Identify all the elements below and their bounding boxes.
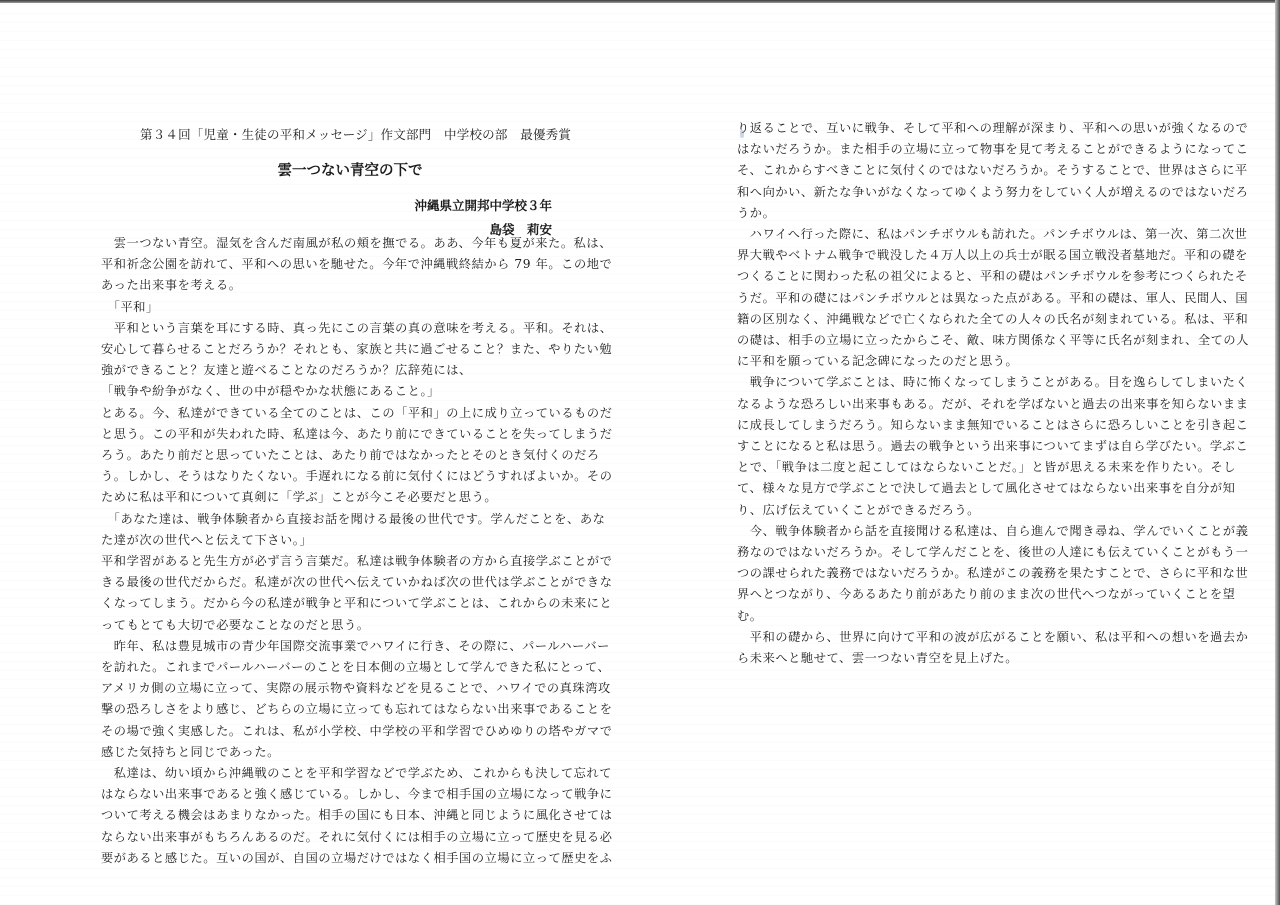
text-line: 感じた気持ちと同じであった。 xyxy=(101,742,533,763)
text-line: 「平和」 xyxy=(101,297,533,318)
text-line: 今、戦争体験者から話を直接聞ける私達は、自ら進んで聞き尋ね、学んでいくことが義 xyxy=(737,521,1169,542)
text-line: つの課せられた義務ではないだろうか。私達がこの義務を果たすことで、さらに平和な世 xyxy=(737,563,1169,584)
text-line: 務なのではないだろうか。そして学んだことを、後世の人達にも伝えていくことがもう一 xyxy=(737,542,1169,563)
award-line: 第３４回「児童・生徒の平和メッセージ」作文部門 中学校の部 最優秀賞 xyxy=(140,125,560,143)
text-line: ってもとても大切で必要なことなのだと思う。 xyxy=(101,615,533,636)
text-line: その場で強く実感した。これは、私が小学校、中学校の平和学習でひめゆりの塔やガマで xyxy=(101,721,533,742)
text-line: はならない出来事であると強く感じている。しかし、今まで相手国の立場になって戦争に xyxy=(101,784,533,805)
essay-body-right: り返ることで、互いに戦争、そして平和への理解が深まり、平和への思いが強くなるので… xyxy=(737,118,1169,669)
text-line: うだ。平和の礎にはパンチボウルとは異なった点がある。平和の礎は、軍人、民間人、国 xyxy=(737,288,1169,309)
text-line: うか。 xyxy=(737,203,1169,224)
text-line: を訪れた。これまでパールハーバーのことを日本側の立場として学んできた私にとって、 xyxy=(101,657,533,678)
text-line: 昨年、私は豊見城市の青少年国際交流事業でハワイに行き、その際に、パールハーバー xyxy=(101,636,533,657)
text-line: 安心して暮らせることだろうか？それとも、家族と共に過ごせること？また、やりたい勉 xyxy=(101,339,533,360)
text-line: 撃の恐ろしさをより感じ、どちらの立場に立っても忘れてはならない出来事であることを xyxy=(101,699,533,720)
quote-line: 「あなた達は、戦争体験者から直接お話を聞ける最後の世代です。学んだことを、あな xyxy=(101,509,533,530)
essay-header: 第３４回「児童・生徒の平和メッセージ」作文部門 中学校の部 最優秀賞 雲一つない… xyxy=(100,125,560,238)
text-line: と思う。この平和が失われた時、私達は今、あたり前にできていることを失ってしまうだ xyxy=(101,424,533,445)
text-line: なるような恐ろしい出来事もある。だが、それを学ばないと過去の出来事を知らないまま xyxy=(737,394,1169,415)
left-page: 第３４回「児童・生徒の平和メッセージ」作文部門 中学校の部 最優秀賞 雲一つない… xyxy=(0,0,640,905)
quote-line: 「戦争や紛争がなく、世の中が穏やかな状態にあること。」 xyxy=(101,381,533,402)
text-line: あった出来事を考える。 xyxy=(101,275,533,296)
text-line: ついて考える機会はあまりなかった。相手の国にも日本、沖縄と同じように風化させては xyxy=(101,805,533,826)
right-page: り返ることで、互いに戦争、そして平和への理解が深まり、平和への思いが強くなるので… xyxy=(640,0,1280,905)
text-line: 平和の礎から、世界に向けて平和の波が広がることを願い、私は平和への想いを過去か xyxy=(737,627,1169,648)
text-line: とで、「戦争は二度と起こしてはならないことだ。」と皆が思える未来を作りたい。そし xyxy=(737,457,1169,478)
text-line: つくることに関わった私の祖父によると、平和の礎はパンチボウルを参考につくられたそ xyxy=(737,266,1169,287)
text-line: すことになると私は思う。過去の戦争という出来事についてまずは自ら学びたい。学ぶこ xyxy=(737,436,1169,457)
text-line: 和へ向かい、新たな争いがなくなってゆくよう努力をしていく人が増えるのではないだろ xyxy=(737,182,1169,203)
text-line: くなってしまう。だから今の私達が戦争と平和について学ぶことは、これからの未来にと xyxy=(101,593,533,614)
essay-body-left: 雲一つない青空。湿気を含んだ南風が私の頬を撫でる。ああ、今年も夏が来た。私は、 … xyxy=(101,233,533,869)
quote-line: た達が次の世代へと伝えて下さい。」 xyxy=(101,530,533,551)
text-line: む。 xyxy=(737,606,1169,627)
text-line: ろう。あたり前だと思っていたことは、あたり前ではなかったとそのとき気付くのだろ xyxy=(101,445,533,466)
text-line: とある。今、私達ができている全てのことは、この「平和」の上に成り立っているものだ xyxy=(101,403,533,424)
text-line: 戦争について学ぶことは、時に怖くなってしまうことがある。目を逸らしてしまいたく xyxy=(737,372,1169,393)
text-line: の礎は、相手の立場に立ったからこそ、敵、味方関係なく平等に氏名が刻まれ、全ての人 xyxy=(737,330,1169,351)
text-line: ために私は平和について真剣に「学ぶ」ことが今こそ必要だと思う。 xyxy=(101,487,533,508)
essay-title: 雲一つない青空の下で xyxy=(140,159,560,180)
author-school: 沖縄県立開邦中学校３年 xyxy=(100,196,560,214)
text-line: 界へとつながり、今あるあたり前があたり前のまま次の世代へつながっていくことを望 xyxy=(737,584,1169,605)
text-line: ら未来へと馳せて、雲一つない青空を見上げた。 xyxy=(737,648,1169,669)
text-line: きる最後の世代だからだ。私達が次の世代へ伝えていかねば次の世代は学ぶことができな xyxy=(101,572,533,593)
text-line: 籍の区別なく、沖縄戦などで亡くなられた全ての人々の氏名が刻まれている。私は、平和 xyxy=(737,309,1169,330)
text-line: 平和学習があると先生方が必ず言う言葉だ。私達は戦争体験者の方から直接学ぶことがで xyxy=(101,551,533,572)
text-line: に平和を願っている記念碑になったのだと思う。 xyxy=(737,351,1169,372)
text-line: 平和という言葉を耳にする時、真っ先にこの言葉の真の意味を考える。平和。それは、 xyxy=(101,318,533,339)
text-line: う。しかし、そうはなりたくない。手遅れになる前に気付くにはどうすればよいか。その xyxy=(101,466,533,487)
text-line: はないだろうか。また相手の立場に立って物事を見て考えることができるようになってこ xyxy=(737,139,1169,160)
text-line: ハワイへ行った際に、私はパンチボウルも訪れた。パンチボウルは、第一次、第二次世 xyxy=(737,224,1169,245)
text-line: 私達は、幼い頃から沖縄戦のことを平和学習などで学ぶため、これからも決して忘れて xyxy=(101,763,533,784)
text-line: 強ができること？友達と遊べることなのだろうか？広辞苑には、 xyxy=(101,360,533,381)
text-line: に成長してしまうだろう。知らないまま無知でいることはさらに恐ろしいことを引き起こ xyxy=(737,415,1169,436)
text-line: 要があると感じた。互いの国が、自国の立場だけではなく相手国の立場に立って歴史をふ xyxy=(101,848,533,869)
text-line: り、広げ伝えていくことができるだろう。 xyxy=(737,500,1169,521)
text-line: て、様々な見方で学ぶことで決して過去として風化させてはならない出来事を自分が知 xyxy=(737,478,1169,499)
text-line: アメリカ側の立場に立って、実際の展示物や資料などを見ることで、ハワイでの真珠湾攻 xyxy=(101,678,533,699)
text-line: 平和祈念公園を訪れて、平和への思いを馳せた。今年で沖縄戦終結から 79 年。この… xyxy=(101,254,533,275)
text-line: そ、これからすべきことに気付くのではないだろうか。そうすることで、世界はさらに平 xyxy=(737,160,1169,181)
text-line: り返ることで、互いに戦争、そして平和への理解が深まり、平和への思いが強くなるので xyxy=(737,118,1169,139)
text-line: ならない出来事がもちろんあるのだ。それに気付くには相手の立場に立って歴史を見る必 xyxy=(101,827,533,848)
text-line: 雲一つない青空。湿気を含んだ南風が私の頬を撫でる。ああ、今年も夏が来た。私は、 xyxy=(101,233,533,254)
text-line: 界大戦やベトナム戦争で戦没した４万人以上の兵士が眠る国立戦没者墓地だ。平和の礎を xyxy=(737,245,1169,266)
